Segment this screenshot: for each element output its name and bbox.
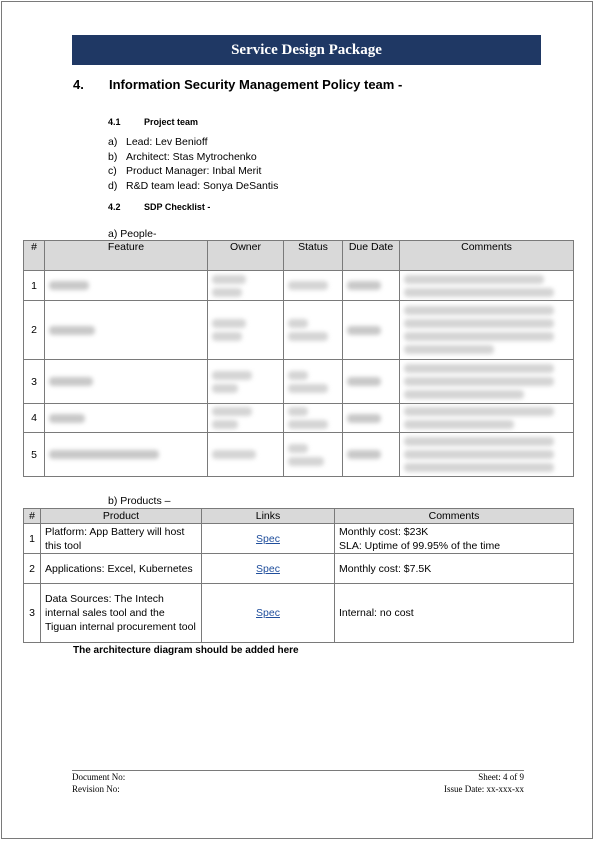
table-row: 4 [24,404,574,433]
product-cell: Data Sources: The Intech internal sales … [41,584,202,643]
people-label: a) People- [108,228,156,240]
table-header-row: # Feature Owner Status Due Date Comments [24,241,574,271]
section-heading: 4.Information Security Management Policy… [73,77,402,92]
spec-link[interactable]: Spec [256,563,280,575]
project-team-list: a)Lead: Lev Benioff b)Architect: Stas My… [108,135,278,193]
products-table: # Product Links Comments 1 Platform: App… [23,508,574,643]
section-number: 4. [73,77,109,92]
document-number: Document No: [72,772,125,782]
project-team-heading: 4.1Project team [108,117,198,127]
table-row: 1 [24,271,574,301]
team-member: a)Lead: Lev Benioff [108,135,278,150]
checklist-heading: 4.2SDP Checklist - [108,202,210,212]
spec-link[interactable]: Spec [256,607,280,619]
comments-cell: Monthly cost: $23KSLA: Uptime of 99.95% … [335,524,574,554]
table-header-row: # Product Links Comments [24,509,574,524]
product-cell: Applications: Excel, Kubernetes [41,554,202,584]
table-row: 3 [24,360,574,404]
document-header-banner: Service Design Package [72,35,541,65]
comments-cell: Internal: no cost [335,584,574,643]
footer-divider [72,770,524,771]
table-row: 2 [24,301,574,360]
products-label: b) Products – [108,495,170,507]
table-row: 3 Data Sources: The Intech internal sale… [24,584,574,643]
spec-link[interactable]: Spec [256,533,280,545]
comments-cell: Monthly cost: $7.5K [335,554,574,584]
table-row: 2 Applications: Excel, Kubernetes Spec M… [24,554,574,584]
issue-date: Issue Date: xx-xxx-xx [444,784,524,794]
people-table: # Feature Owner Status Due Date Comments… [23,240,574,477]
team-member: b)Architect: Stas Mytrochenko [108,150,278,165]
team-member: d)R&D team lead: Sonya DeSantis [108,179,278,194]
product-cell: Platform: App Battery will host this too… [41,524,202,554]
table-row: 1 Platform: App Battery will host this t… [24,524,574,554]
team-member: c)Product Manager: Inbal Merit [108,164,278,179]
sheet-number: Sheet: 4 of 9 [478,772,524,782]
revision-number: Revision No: [72,784,120,794]
architecture-note: The architecture diagram should be added… [73,645,299,656]
table-row: 5 [24,433,574,477]
section-title: Information Security Management Policy t… [109,77,402,92]
